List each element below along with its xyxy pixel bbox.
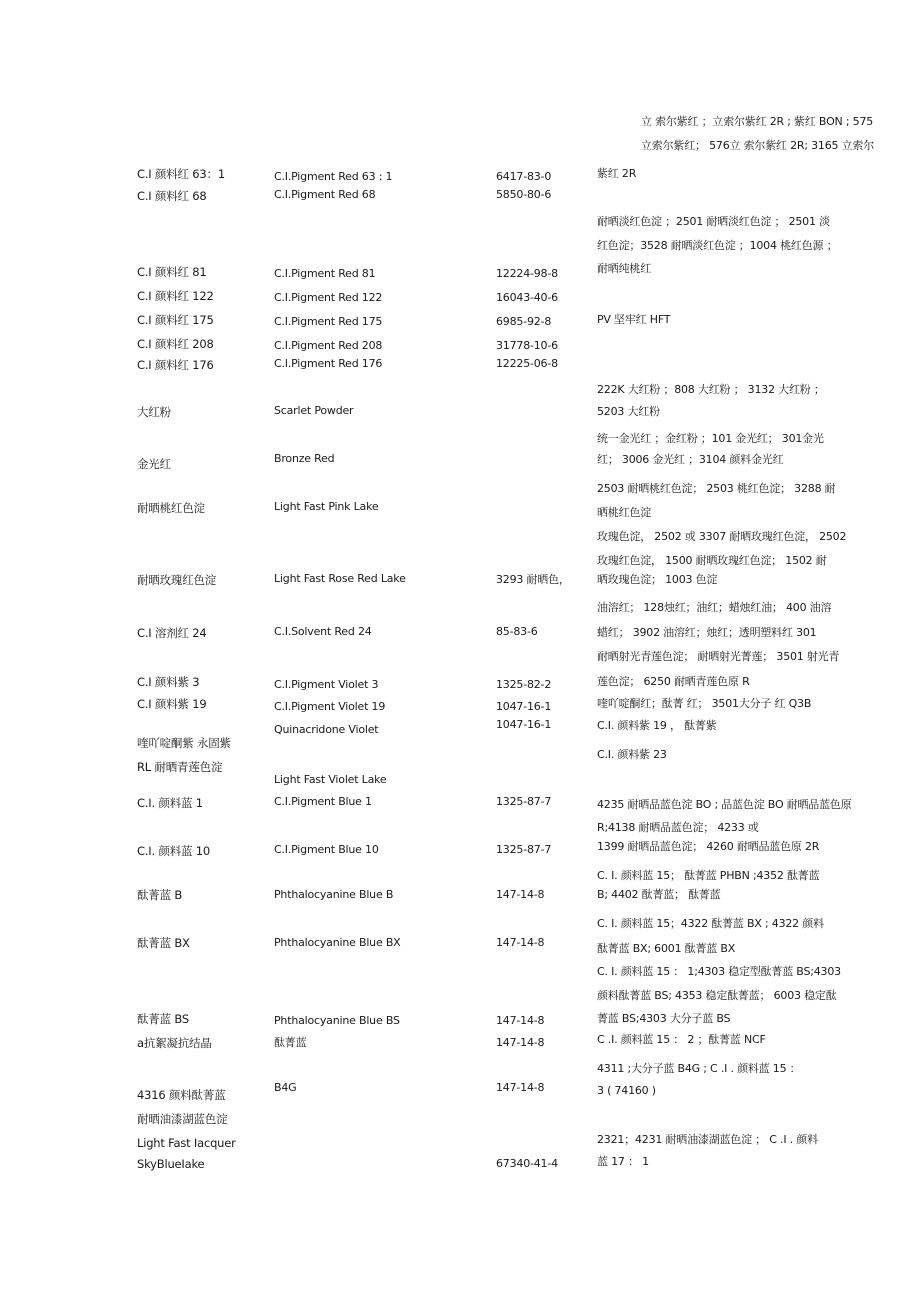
trade-names-text: 蓝 17 ： 1 [597,1155,649,1169]
trade-names-text: 立 索尔紫红 ；立索尔紫红 2R ; 紫红 BON ; 575 [641,115,873,129]
cas-number-text: 147-14-8 [496,1036,544,1050]
english-name-text: C.I.Pigment Blue 10 [274,843,379,857]
trade-names-text: 耐晒纯桃红 [597,262,651,276]
chinese-name-text: C.I 颜料红 176 [137,358,214,372]
trade-names-text: C. I. 颜料蓝 15；4322 酞菁蓝 BX ; 4322 颜料 [597,917,824,931]
trade-names-text: 颜料酞菁蓝 BS; 4353 稳定酞菁蓝； 6003 稳定酞 [597,989,837,1003]
chinese-name-text: RL 耐晒青莲色淀 [137,760,222,774]
chinese-name-text: 耐晒油漆湖蓝色淀 [137,1112,227,1126]
cas-number-text: 147-14-8 [496,888,544,902]
cas-number-text: 6985-92-8 [496,315,551,329]
trade-names-text: C.I. 颜料紫 19 ， 酞菁紫 [597,719,717,733]
english-name-text: Phthalocyanine Blue BS [274,1014,400,1028]
english-name-text: Phthalocyanine Blue B [274,888,393,902]
chinese-name-text: C.I. 颜料蓝 10 [137,844,210,858]
cas-number-text: 1047-16-1 [496,700,551,714]
english-name-text: C.I.Pigment Red 81 [274,267,375,281]
english-name-text: Light Fast Violet Lake [274,773,386,787]
english-name-text: Phthalocyanine Blue BX [274,936,401,950]
english-name-text: B4G [274,1081,296,1095]
cas-number-text: 5850-80-6 [496,188,551,202]
chinese-name-text: SkyBlueIake [137,1157,204,1171]
trade-names-text: C .I. 颜料蓝 15 ： 2 ；酞菁蓝 NCF [597,1033,766,1047]
trade-names-text: 2321；4231 耐晒油漆湖蓝色淀 ； C .I . 颜料 [597,1133,818,1147]
trade-names-text: C.I. 颜料紫 23 [597,748,667,762]
trade-names-text: 晒桃红色淀 [597,506,651,520]
cas-number-text: 147-14-8 [496,1014,544,1028]
chinese-name-text: Light Fast Iacquer [137,1136,236,1150]
chinese-name-text: a抗絮凝抗结晶 [137,1036,212,1050]
trade-names-text: 玫瑰色淀， 2502 或 3307 耐晒玫瑰红色淀， 2502 [597,530,846,544]
trade-names-text: 统一金光红 ；金红粉 ；101 金光红； 301金光 [597,432,824,446]
english-name-text: Bronze Red [274,452,334,466]
english-name-text: C.I.Pigment Violet 3 [274,678,378,692]
english-name-text: C.I.Pigment Red 208 [274,339,382,353]
english-name-text: C.I.Pigment Red 63 : 1 [274,170,392,184]
english-name-text: C.I.Pigment Violet 19 [274,700,385,714]
english-name-text: C.I.Pigment Red 176 [274,357,382,371]
english-name-text: C.I.Pigment Red 122 [274,291,382,305]
trade-names-text: 2503 耐晒桃红色淀； 2503 桃红色淀； 3288 耐 [597,482,835,496]
trade-names-text: R;4138 耐晒品蓝色淀； 4233 或 [597,821,759,835]
chinese-name-text: C.I 颜料红 81 [137,265,207,279]
chinese-name-text: 耐晒桃红色淀 [137,501,205,515]
trade-names-text: 222K 大红粉 ；808 大红粉 ； 3132 大红粉 ； [597,383,825,397]
cas-number-text: 85-83-6 [496,625,538,639]
trade-names-text: 5203 大红粉 [597,405,660,419]
trade-names-text: 耐晒射光青莲色淀； 耐晒射光菁莲； 3501 射光青 [597,650,839,664]
english-name-text: C.I.Solvent Red 24 [274,625,372,639]
trade-names-text: 1399 耐晒品蓝色淀； 4260 耐晒品蓝色原 2R [597,840,819,854]
cas-number-text: 31778-10-6 [496,339,558,353]
chinese-name-text: C.I. 颜料蓝 1 [137,796,203,810]
trade-names-text: C. I. 颜料蓝 15； 酞菁蓝 PHBN ;4352 酞菁蓝 [597,869,819,883]
chinese-name-text: 大红粉 [137,405,171,419]
cas-number-text: 1325-82-2 [496,678,551,692]
trade-names-text: 4235 耐晒品蓝色淀 BO ; 品蓝色淀 BO 耐晒品蓝色原 [597,798,852,812]
cas-number-text: 6417-83-0 [496,170,551,184]
trade-names-text: 喹吖啶酮红；酞菁 红； 3501大分子 红 Q3B [597,697,811,711]
chinese-name-text: C.I 溶剂红 24 [137,626,207,640]
cas-number-text: 147-14-8 [496,1081,544,1095]
chinese-name-text: C.I 颜料红 63：1 [137,167,225,181]
cas-number-text: 3293 耐晒色， [496,573,570,587]
cas-number-text: 1325-87-7 [496,843,551,857]
trade-names-text: C. I. 颜料蓝 15 ： 1;4303 稳定型酞菁蓝 BS;4303 [597,965,841,979]
trade-names-text: 酞菁蓝 BX; 6001 酞菁蓝 BX [597,942,735,956]
cas-number-text: 1047-16-1 [496,718,551,732]
chinese-name-text: 4316 颜料酞菁蓝 [137,1088,225,1102]
chinese-name-text: C.I 颜料紫 3 [137,675,199,689]
trade-names-text: 油溶红； 128烛红；油红；蜡烛红油； 400 油溶 [597,601,831,615]
english-name-text: Scarlet Powder [274,404,353,418]
chinese-name-text: 酞菁蓝 B [137,888,182,902]
trade-names-text: 红； 3006 金光红 ；3104 颜料金光红 [597,453,783,467]
trade-names-text: 菁蓝 BS;4303 大分子蓝 BS [597,1012,730,1026]
chinese-name-text: C.I 颜料红 208 [137,337,214,351]
chinese-name-text: 酞菁蓝 BX [137,936,190,950]
trade-names-text: 红色淀；3528 耐晒淡红色淀 ；1004 桃红色源 ； [597,239,837,253]
trade-names-text: PV 坚牢红 HFT [597,313,670,327]
trade-names-text: B; 4402 酞菁蓝； 酞菁蓝 [597,888,721,902]
cas-number-text: 12224-98-8 [496,267,558,281]
chinese-name-text: C.I 颜料红 68 [137,189,207,203]
trade-names-text: 4311 ;大分子蓝 B4G ; C .I . 颜料蓝 15 ： [597,1062,800,1076]
cas-number-text: 16043-40-6 [496,291,558,305]
trade-names-text: 立索尔紫红； 576立 索尔紫红 2R; 3165 立索尔 [641,139,874,153]
cas-number-text: 1325-87-7 [496,795,551,809]
trade-names-text: 紫红 2R [597,167,636,181]
chinese-name-text: 喹吖啶酮紫 永固紫 [137,736,231,750]
chinese-name-text: C.I 颜料红 175 [137,313,214,327]
english-name-text: C.I.Pigment Blue 1 [274,795,372,809]
chinese-name-text: C.I 颜料红 122 [137,289,214,303]
trade-names-text: 蜡红； 3902 油溶红；烛红；透明塑料红 301 [597,626,816,640]
chinese-name-text: 酞菁蓝 BS [137,1012,189,1026]
document-page: 立 索尔紫红 ；立索尔紫红 2R ; 紫红 BON ; 575立索尔紫红； 57… [0,0,920,1303]
trade-names-text: 莲色淀； 6250 耐晒青莲色原 R [597,675,750,689]
trade-names-text: 晒玫瑰色淀； 1003 色淀 [597,573,717,587]
english-name-text: Light Fast Pink Lake [274,500,378,514]
english-name-text: Quinacridone Violet [274,723,378,737]
english-name-text: 酞菁蓝 [274,1036,306,1050]
cas-number-text: 67340-41-4 [496,1157,558,1171]
cas-number-text: 147-14-8 [496,936,544,950]
english-name-text: C.I.Pigment Red 68 [274,188,375,202]
trade-names-text: 玫瑰红色淀， 1500 耐晒玫瑰红色淀； 1502 耐 [597,554,827,568]
chinese-name-text: 金光红 [137,457,171,471]
trade-names-text: 耐晒淡红色淀 ；2501 耐晒淡红色淀 ； 2501 淡 [597,215,830,229]
english-name-text: C.I.Pigment Red 175 [274,315,382,329]
chinese-name-text: C.I 颜料紫 19 [137,697,207,711]
cas-number-text: 12225-06-8 [496,357,558,371]
trade-names-text: 3 ( 74160 ) [597,1084,656,1098]
chinese-name-text: 耐晒玫瑰红色淀 [137,573,216,587]
english-name-text: Light Fast Rose Red Lake [274,572,406,586]
